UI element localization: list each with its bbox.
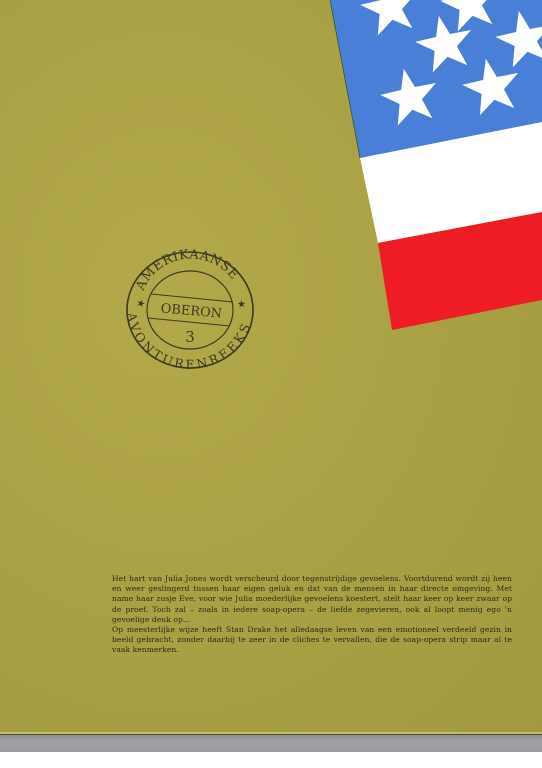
blurb-paragraph-1: Het hart van Julia Jones wordt verscheur… — [112, 574, 512, 625]
star-separator-right-icon: ★ — [234, 298, 247, 310]
stamp-volume-number: 3 — [185, 328, 195, 346]
oberon-series-stamp: AMERIKAANSE AVONTURENREEKS ★ ★ OBERON 3 — [123, 247, 257, 373]
book-back-cover: AMERIKAANSE AVONTURENREEKS ★ ★ OBERON 3 … — [0, 0, 542, 734]
stamp-label: OBERON — [160, 301, 223, 321]
back-cover-blurb: Het hart van Julia Jones wordt verscheur… — [112, 574, 512, 656]
us-flag-icon — [0, 0, 542, 340]
scan-edge-shadow — [0, 735, 542, 752]
blurb-paragraph-2: Op meesterlijke wijze heeft Stan Drake h… — [112, 625, 512, 656]
